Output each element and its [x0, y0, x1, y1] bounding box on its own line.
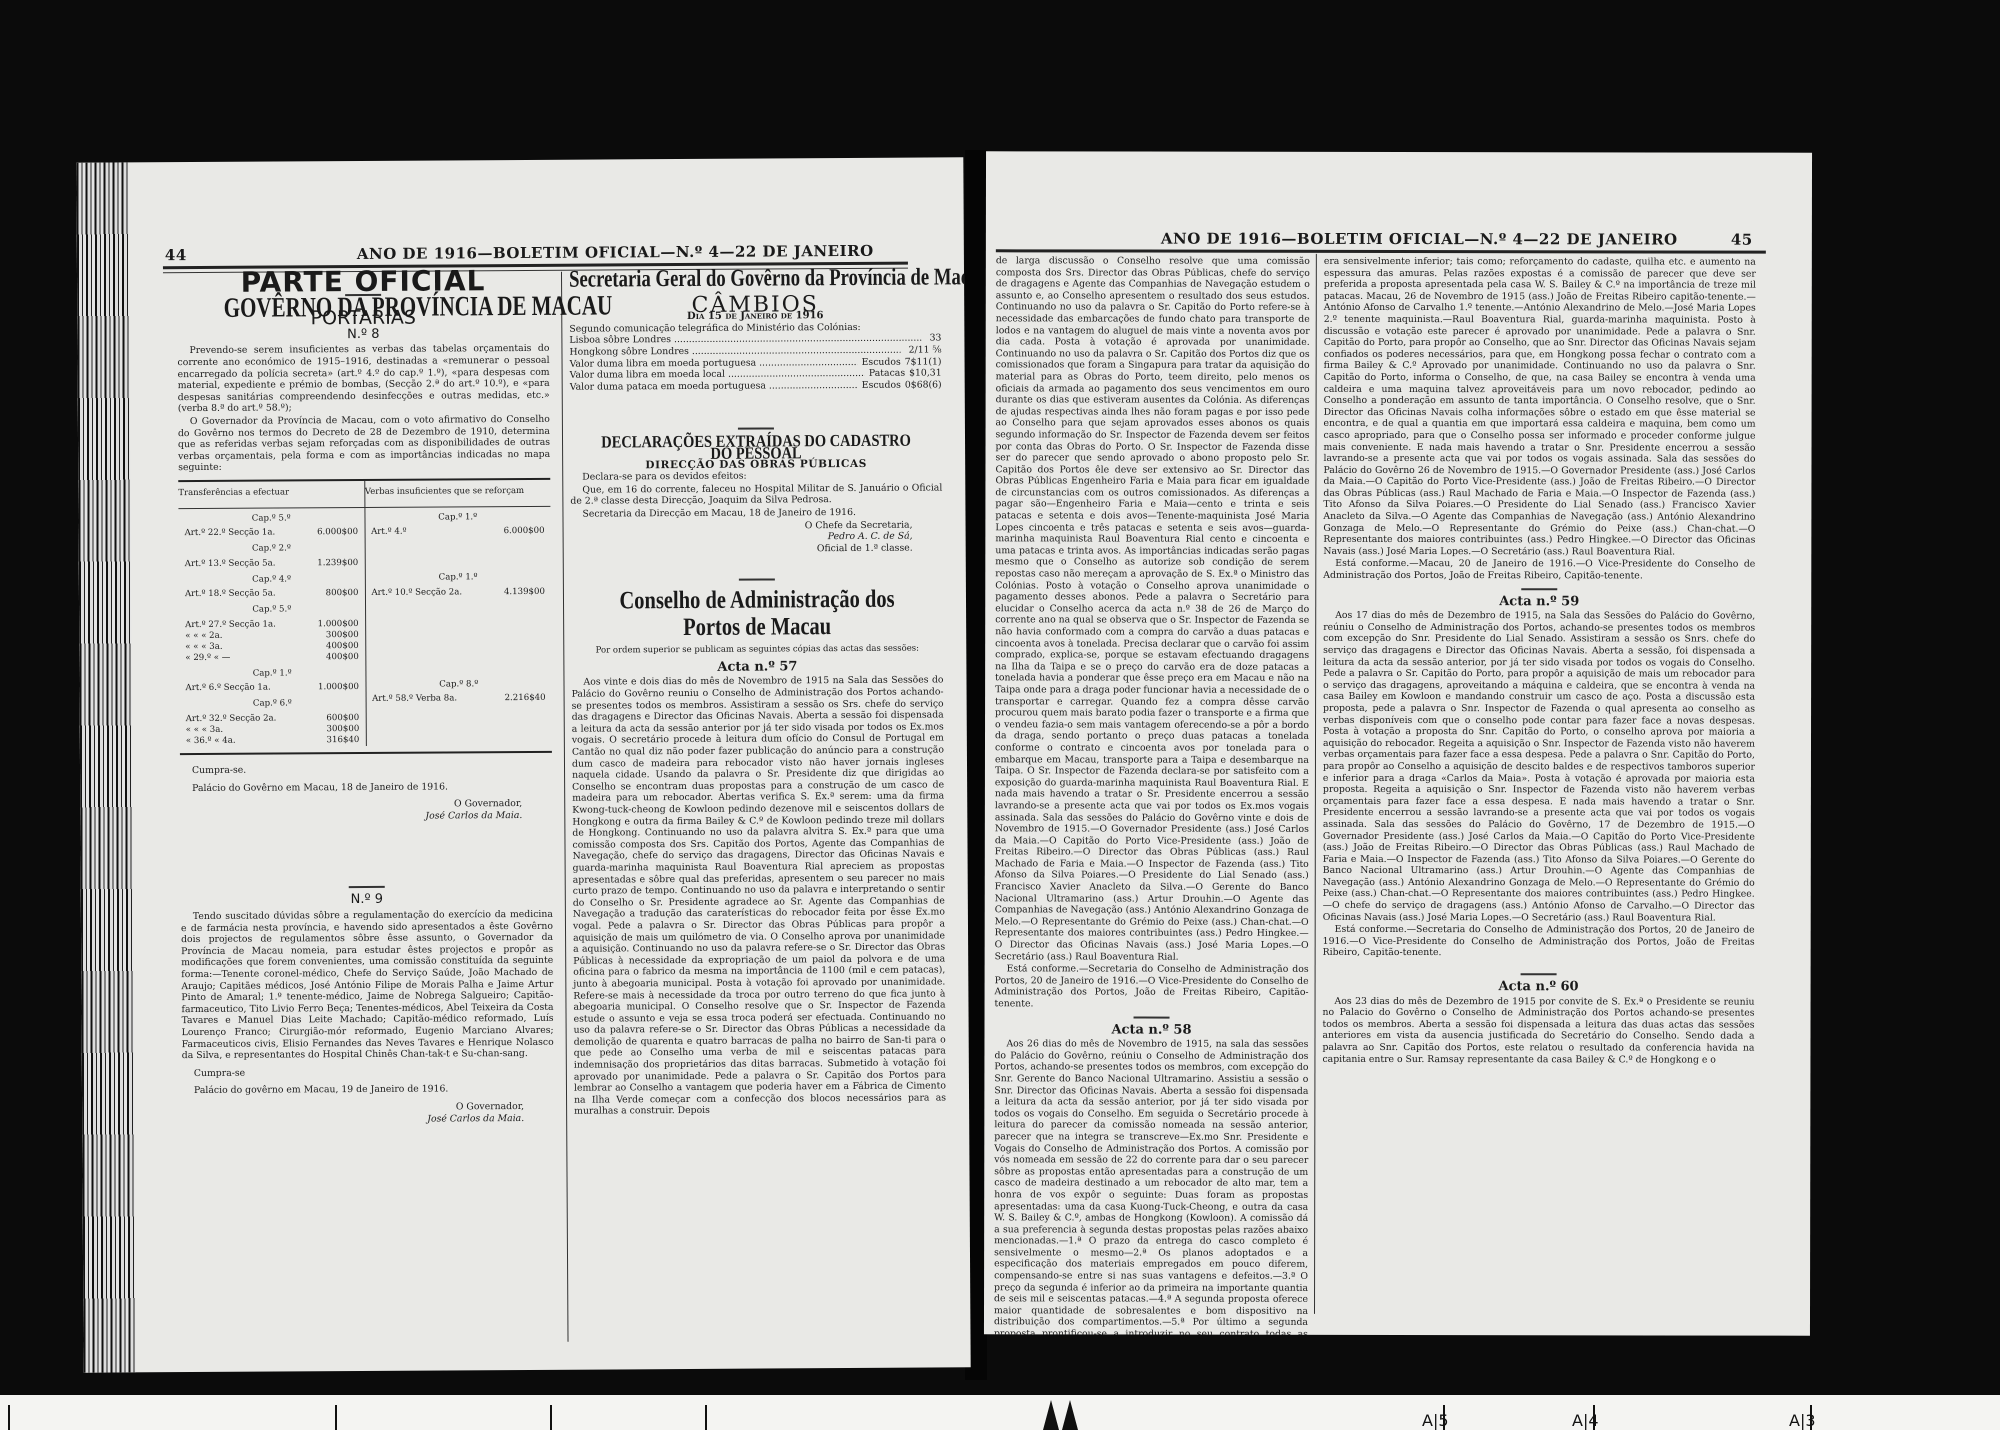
portaria-8-para1: Prevendo-se serem insuficientes as verba… — [177, 343, 549, 415]
cambios-row: Valor duma pataca em moeda portuguesaEsc… — [570, 379, 942, 393]
acta-58-body: Aos 26 dias do mês de Novembro de 1915, … — [994, 1038, 1309, 1335]
declaracoes-title: DECLARAÇÕES EXTRAÍDAS DO CADASTRO DO PES… — [598, 435, 914, 460]
left-running-head: ANO DE 1916—BOLETIM OFICIAL—N.º 4—22 DE … — [357, 242, 874, 263]
portaria-8-number: N.º 8 — [177, 328, 549, 342]
film-frame-label: A|5 — [1422, 1411, 1449, 1430]
table-row-group-3: Cap.º 1.º Art.º 6.º Secção 1a.1.000$00 C… — [179, 662, 552, 747]
column-divider — [561, 272, 569, 1342]
cap-label: Cap.º 6.º — [186, 698, 360, 711]
table-row-group-2: Cap.º 2.º Art.º 13.º Secção 5a.1.239$00 … — [179, 537, 552, 664]
cap-label: Cap.º 8.º — [372, 679, 546, 692]
divider — [1521, 973, 1557, 975]
acta-58-title: Acta n.º 58 — [994, 1024, 1308, 1036]
portaria-8-date: Palácio do Govêrno em Macau, 18 de Janei… — [180, 780, 552, 794]
table-header-left: Transferências a efectuar — [178, 481, 364, 508]
acta-58-continued: era sensivelmente inferior; tais como; r… — [1323, 256, 1756, 558]
film-tick — [8, 1405, 10, 1430]
cap-label: Cap.º 5.º — [184, 513, 358, 526]
portaria-9-number: N.º 9 — [181, 893, 553, 907]
acta-57-closing: Está conforme.—Secretaria do Conselho de… — [995, 964, 1309, 1011]
film-arrow-marker-icon — [1043, 1400, 1059, 1430]
declaracoes-body: Que, em 16 do corrente, faleceu no Hospi… — [570, 482, 942, 507]
table-row: Art.º 13.º Secção 5a.1.239$00 — [185, 558, 359, 570]
portaria-9-signer-name: José Carlos da Maia. — [182, 1112, 554, 1126]
portaria-8-para2: O Governador da Província de Macau, com … — [178, 414, 550, 474]
acta-57-body: Aos vinte e dois dias do mês de Novembro… — [571, 675, 946, 1118]
right-running-head: ANO DE 1916—BOLETIM OFICIAL—N.º 4—22 DE … — [1161, 230, 1678, 249]
film-frame-label: A|3 — [1789, 1411, 1816, 1430]
table-row: Art.º 22.º Secção 1a.6.000$00 — [185, 527, 359, 539]
film-tick — [335, 1405, 337, 1430]
cap-label: Cap.º 5.º — [185, 604, 359, 617]
table-row: Art.º 58.º Verba 8a.2.216$40 — [372, 693, 546, 705]
transfer-table: Transferências a efectuar Verbas insufic… — [178, 480, 552, 747]
declaracoes-intro: Declara-se para os devidos efeitos: — [570, 470, 942, 484]
table-row: Art.º 6.º Secção 1a.1.000$00 — [185, 682, 359, 694]
cap-label: Cap.º 1.º — [371, 511, 545, 524]
table-row: Art.º 18.º Secção 5a.800$00 — [185, 588, 359, 600]
section-title-parte-oficial: PARTE OFICIAL — [177, 275, 549, 289]
conselho-title: Conselho de Administração dos Portos de … — [604, 586, 909, 642]
acta-60-body: Aos 23 dias do mês de Dezembro de 1915 p… — [1322, 995, 1754, 1065]
table-row: Art.º 10.º Secção 2a.4.139$00 — [371, 587, 545, 599]
acta-57-title: Acta n.º 57 — [571, 660, 943, 674]
film-tick — [550, 1405, 552, 1430]
acta-58-closing: Está conforme.—Macau, 20 de Janeiro de 1… — [1323, 558, 1755, 582]
right-page: ANO DE 1916—BOLETIM OFICIAL—N.º 4—22 DE … — [984, 151, 1812, 1335]
governo-title: GOVÊRNO DA PROVÍNCIA DE MACAU — [224, 301, 503, 314]
page-edge-stack — [76, 162, 135, 1372]
divider — [739, 579, 775, 581]
acta-57-continued: de larga discussão o Conselho resolve qu… — [995, 255, 1310, 963]
left-page-right-column: Secretaria Geral do Govêrno da Província… — [569, 272, 946, 1118]
film-frame-label: A|4 — [1572, 1411, 1599, 1430]
table-row-group-1: Cap.º 5.º Art.º 22.º Secção 1a.6.000$00 … — [178, 506, 550, 539]
header-rule — [996, 249, 1766, 253]
secretaria-title: Secretaria Geral do Govêrno da Província… — [569, 273, 859, 286]
portaria-9-date: Palácio do govêrno em Macau, 19 de Janei… — [182, 1083, 554, 1097]
divider — [738, 428, 774, 430]
declaracoes-date: Secretaria da Direcção em Macau, 18 de J… — [570, 506, 942, 520]
table-row: « 29.º « —400$00 — [185, 652, 359, 664]
table-bottom-rule — [180, 751, 552, 755]
column-divider — [1314, 254, 1317, 1314]
right-page-number: 45 — [1731, 231, 1753, 249]
film-strip-margin: A|5 A|4 A|3 — [0, 1395, 2000, 1430]
film-tick — [705, 1405, 707, 1430]
cap-label: Cap.º 2.º — [185, 543, 359, 556]
right-page-right-column: era sensivelmente inferior; tais como; r… — [1322, 256, 1755, 1067]
divider — [1134, 1016, 1170, 1018]
left-column: PARTE OFICIAL GOVÊRNO DA PROVÍNCIA DE MA… — [177, 275, 554, 1126]
table-header-right: Verbas insuficientes que se reforçam — [364, 480, 550, 507]
left-page-number: 44 — [165, 246, 187, 264]
portaria-9-para1: Tendo suscitado dúvidas sôbre a regulame… — [181, 909, 554, 1062]
divider — [349, 886, 385, 888]
left-page: 44 ANO DE 1916—BOLETIM OFICIAL—N.º 4—22 … — [76, 157, 970, 1372]
portaria-9-cumpra: Cumpra-se — [182, 1066, 554, 1080]
acta-59-body: Aos 17 dias do mês de Dezembro de 1915, … — [1323, 610, 1756, 924]
cap-label: Cap.º 1.º — [185, 668, 359, 681]
portaria-8-cumpra: Cumpra-se. — [180, 763, 552, 777]
table-row: « 36.º « 4a.316$40 — [186, 735, 360, 747]
table-row: Art.º 4.º6.000$00 — [371, 526, 545, 538]
acta-60-title: Acta n.º 60 — [1323, 981, 1755, 993]
cap-label: Cap.º 4.º — [185, 574, 359, 587]
cap-label: Cap.º 1.º — [371, 572, 545, 585]
conselho-intro: Por ordem superior se publicam as seguin… — [571, 644, 943, 658]
divider — [1521, 588, 1557, 590]
right-page-left-column: de larga discussão o Conselho resolve qu… — [994, 255, 1310, 1335]
acta-59-title: Acta n.º 59 — [1323, 595, 1755, 607]
acta-59-closing: Está conforme.—Secretaria do Conselho de… — [1323, 924, 1755, 960]
film-arrow-marker-icon — [1062, 1400, 1078, 1430]
